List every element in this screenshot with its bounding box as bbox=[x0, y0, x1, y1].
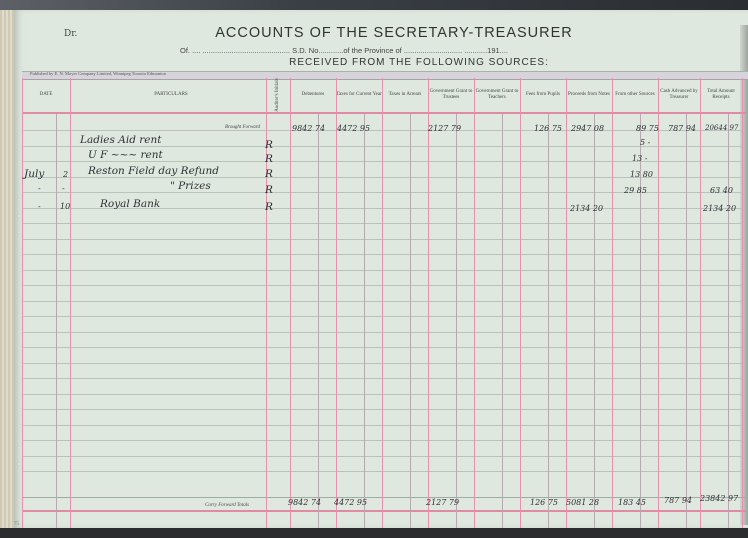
background-bottom bbox=[0, 528, 748, 538]
column-rule bbox=[566, 78, 567, 528]
column-rule bbox=[520, 78, 521, 528]
cents-rule bbox=[56, 113, 57, 528]
entry-day: 10 bbox=[60, 202, 70, 211]
col-header-total: Total Amount Receipts bbox=[700, 80, 742, 110]
bf-proceeds: 2947 08 bbox=[571, 124, 604, 133]
entry-month: July bbox=[24, 168, 44, 180]
col-header-auditor: Auditor's Initials bbox=[266, 80, 290, 110]
col-header-taxes-current: Taxes for Current Year bbox=[336, 80, 382, 110]
cents-rule bbox=[548, 113, 549, 528]
school-district-line: Of. .... ...............................… bbox=[180, 46, 508, 55]
brought-forward-label: Brought Forward bbox=[225, 125, 260, 130]
col-header-other: From other Sources bbox=[612, 80, 658, 110]
entry-particulars: Royal Bank bbox=[100, 198, 160, 210]
column-rule bbox=[658, 78, 659, 528]
cents-rule bbox=[686, 113, 687, 528]
column-rule bbox=[742, 78, 743, 528]
column-rule bbox=[612, 78, 613, 528]
column-rule bbox=[382, 78, 383, 528]
column-rule bbox=[290, 78, 291, 528]
bf-total: 20644 97 bbox=[705, 124, 738, 132]
cf-cash-advanced: 787 94 bbox=[664, 496, 692, 505]
entry-auditor: R bbox=[265, 139, 273, 151]
entry-other: 13 80 bbox=[630, 170, 653, 179]
col-header-debentures: Debentures bbox=[290, 80, 336, 110]
col-header-fees: Fees from Pupils bbox=[520, 80, 566, 110]
publisher-text: Published by E. N. Moyer Company Limited… bbox=[30, 71, 166, 76]
entry-total: 2134 20 bbox=[703, 204, 736, 213]
cf-total: 23842 97 bbox=[700, 494, 738, 503]
entry-auditor: R bbox=[265, 153, 273, 165]
bf-debentures: 9842 74 bbox=[292, 124, 325, 133]
col-header-particulars: PARTICULARS bbox=[76, 80, 266, 110]
bf-fees: 126 75 bbox=[534, 124, 562, 133]
entry-particulars: U F ~~~ rent bbox=[88, 149, 163, 161]
entry-auditor: R bbox=[265, 201, 273, 213]
carry-forward-label: Carry Forward Totals bbox=[205, 503, 249, 508]
cf-taxes-current: 4472 95 bbox=[334, 498, 367, 507]
bf-grant-trustees: 2127 79 bbox=[428, 124, 461, 133]
col-header-date: DATE bbox=[22, 80, 70, 110]
section-subtitle: RECEIVED FROM THE FOLLOWING SOURCES: bbox=[0, 57, 748, 68]
column-rule bbox=[700, 78, 701, 528]
col-header-grant-trustees: Government Grant to Trustees bbox=[428, 80, 474, 110]
col-header-proceeds: Proceeds from Notes bbox=[566, 80, 612, 110]
cf-proceeds: 5081 28 bbox=[566, 498, 599, 507]
cents-rule bbox=[502, 113, 503, 528]
cf-other: 183 45 bbox=[618, 498, 646, 507]
column-rule bbox=[70, 78, 71, 528]
column-rule bbox=[474, 78, 475, 528]
bf-taxes-current: 4472 95 bbox=[337, 124, 370, 133]
bf-other: 89 75 bbox=[636, 124, 659, 133]
cents-rule bbox=[318, 113, 319, 528]
entry-auditor: R bbox=[265, 168, 273, 180]
entry-day: - bbox=[62, 184, 65, 193]
page-number: 75 bbox=[14, 522, 19, 527]
entry-proceeds: 2134 20 bbox=[570, 204, 603, 213]
carry-forward-rule-bottom bbox=[22, 510, 746, 512]
column-rule bbox=[22, 78, 23, 528]
entry-particulars: " Prizes bbox=[170, 180, 211, 192]
entry-month: - bbox=[38, 202, 41, 211]
bf-cash-advanced: 787 94 bbox=[668, 124, 696, 133]
entry-particulars: Ladies Aid rent bbox=[80, 134, 161, 146]
entry-other: 5 - bbox=[640, 138, 650, 147]
column-rule bbox=[428, 78, 429, 528]
cf-grant-trustees: 2127 79 bbox=[426, 498, 459, 507]
col-header-cash-advanced: Cash Advanced by Treasurer bbox=[658, 80, 700, 110]
cents-rule bbox=[410, 113, 411, 528]
cents-rule bbox=[456, 113, 457, 528]
entry-month: - bbox=[38, 184, 41, 193]
page-title: ACCOUNTS OF THE SECRETARY-TREASURER bbox=[0, 25, 748, 41]
col-header-grant-teachers: Government Grant to Teachers bbox=[474, 80, 520, 110]
column-rule bbox=[336, 78, 337, 528]
cf-debentures: 9842 74 bbox=[288, 498, 321, 507]
entry-other: 29 85 bbox=[624, 186, 647, 195]
header-rule bbox=[22, 112, 746, 114]
cents-rule bbox=[728, 113, 729, 528]
entry-total: 63 40 bbox=[710, 186, 733, 195]
entry-day: 2 bbox=[63, 170, 68, 179]
cents-rule bbox=[594, 113, 595, 528]
col-header-taxes-arrears: Taxes in Arrears bbox=[382, 80, 428, 110]
entry-other: 13 - bbox=[632, 154, 647, 163]
entry-auditor: R bbox=[265, 184, 273, 196]
cents-rule bbox=[364, 113, 365, 528]
cf-fees: 126 75 bbox=[530, 498, 558, 507]
entry-particulars: Reston Field day Refund bbox=[88, 165, 219, 177]
